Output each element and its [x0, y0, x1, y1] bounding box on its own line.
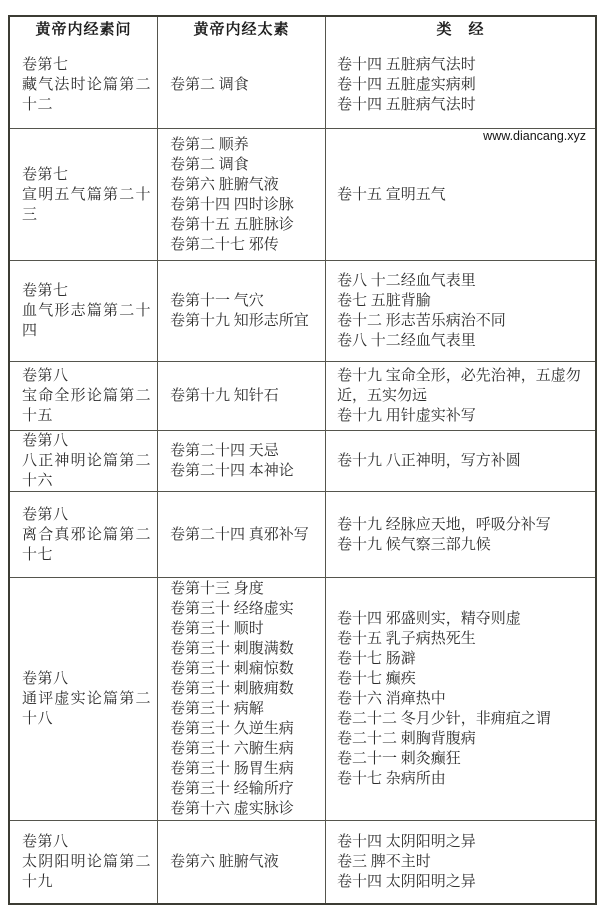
entry-line: 卷第六 脏腑气液 — [170, 852, 323, 872]
entry-line: 卷第三十 六腑生病 — [170, 739, 323, 759]
entry-line: 卷十四 五脏病气法时 — [337, 95, 593, 115]
cell-taisu: 卷第二十四 真邪补写 — [157, 492, 325, 577]
cell-taisu: 卷第十一 气穴卷第十九 知形志所宜 — [157, 261, 325, 361]
entry-line: 卷第十九 知针石 — [170, 386, 323, 406]
table-row: 卷第八通评虚实论篇第二十八卷第十三 身度卷第三十 经络虚实卷第三十 顺时卷第三十… — [10, 577, 595, 820]
entry-line: 卷十九 经脉应天地，呼吸分补写 — [337, 515, 593, 535]
entry-line: 卷第十五 五脏脉诊 — [170, 215, 323, 235]
entry-line: 卷二十二 冬月少针，非痈疽之谓 — [337, 709, 593, 729]
cell-leijing: 卷十九 八正神明，写方补圆 — [325, 431, 595, 491]
cell-taisu: 卷第二 顺养卷第二 调食卷第六 脏腑气液卷第十四 四时诊脉卷第十五 五脏脉诊卷第… — [157, 129, 325, 260]
entry-line: 卷第三十 顺时 — [170, 619, 323, 639]
entry-line: 卷十七 癫疾 — [337, 669, 593, 689]
entry-line: 卷十四 太阴阳明之异 — [337, 872, 593, 892]
entry-line: 卷第二十七 邪传 — [170, 235, 323, 255]
entry-line: 卷第三十 刺腹满数 — [170, 639, 323, 659]
entry-line: 卷八 十二经血气表里 — [337, 271, 593, 291]
entry-line: 卷第二十四 真邪补写 — [170, 525, 323, 545]
entry-line: 卷第三十 经络虚实 — [170, 599, 323, 619]
cell-suwen: 卷第八八正神明论篇第二十六 — [10, 431, 157, 491]
cell-leijing: 卷十九 宝命全形，必先治神，五虚勿近，五实勿远卷十九 用针虚实补写 — [325, 362, 595, 430]
entry-line: 太阴阳明论篇第二十九 — [22, 852, 151, 892]
header-cell-leijing: 类 经 — [325, 17, 595, 42]
entry-line: 卷十五 乳子病热死生 — [337, 629, 593, 649]
entry-line: 血气形志篇第二十四 — [22, 301, 151, 341]
cell-taisu: 卷第十三 身度卷第三十 经络虚实卷第三十 顺时卷第三十 刺腹满数卷第三十 刺痫惊… — [157, 578, 325, 820]
cell-suwen: 卷第七宣明五气篇第二十三 — [10, 129, 157, 260]
cell-leijing: 卷十四 邪盛则实，精夺则虚卷十五 乳子病热死生卷十七 肠澼卷十七 癫疾卷十六 消… — [325, 578, 595, 820]
table-row: 卷第七宣明五气篇第二十三卷第二 顺养卷第二 调食卷第六 脏腑气液卷第十四 四时诊… — [10, 128, 595, 260]
entry-line: 宝命全形论篇第二十五 — [22, 386, 151, 426]
entry-line: 卷十九 用针虚实补写 — [337, 406, 593, 426]
entry-line: 卷第七 — [22, 165, 151, 185]
cell-leijing: 卷十四 太阴阳明之异卷三 脾不主时卷十四 太阴阳明之异 — [325, 821, 595, 903]
table-row: 卷第八离合真邪论篇第二十七卷第二十四 真邪补写卷十九 经脉应天地，呼吸分补写卷十… — [10, 491, 595, 577]
entry-line: 卷三 脾不主时 — [337, 852, 593, 872]
entry-line: 离合真邪论篇第二十七 — [22, 525, 151, 565]
header-cell-taisu: 黄帝内经太素 — [157, 17, 325, 42]
cell-suwen: 卷第八通评虚实论篇第二十八 — [10, 578, 157, 820]
cell-taisu: 卷第六 脏腑气液 — [157, 821, 325, 903]
entry-line: 卷十四 太阴阳明之异 — [337, 832, 593, 852]
cell-leijing: 卷十九 经脉应天地，呼吸分补写卷十九 候气察三部九候 — [325, 492, 595, 577]
table-row: 卷第八八正神明论篇第二十六卷第二十四 天忌卷第二十四 本神论卷十九 八正神明，写… — [10, 430, 595, 491]
entry-line: 卷第三十 肠胃生病 — [170, 759, 323, 779]
scanned-page: www.diancang.xyz 黄帝内经素问 黄帝内经太素 类 经 卷第七藏气… — [0, 0, 607, 911]
entry-line: 卷第八 — [22, 366, 151, 386]
entry-line: 卷十四 五脏虚实病刺 — [337, 75, 593, 95]
entry-line: 卷十七 肠澼 — [337, 649, 593, 669]
cell-leijing: 卷十五 宣明五气 — [325, 129, 595, 260]
comparison-table: 黄帝内经素问 黄帝内经太素 类 经 卷第七藏气法时论篇第二十二卷第二 调食卷十四… — [8, 15, 597, 905]
cell-suwen: 卷第七藏气法时论篇第二十二 — [10, 42, 157, 128]
entry-line: 卷十四 五脏病气法时 — [337, 55, 593, 75]
entry-line: 卷二十一 刺灸癫狂 — [337, 749, 593, 769]
entry-line: 卷十六 消瘅热中 — [337, 689, 593, 709]
entry-line: 卷第三十 刺痫惊数 — [170, 659, 323, 679]
entry-line: 卷第二 顺养 — [170, 135, 323, 155]
entry-line: 卷第十四 四时诊脉 — [170, 195, 323, 215]
entry-line: 卷十二 形志苦乐病治不同 — [337, 311, 593, 331]
table-row: 卷第八太阴阳明论篇第二十九卷第六 脏腑气液卷十四 太阴阳明之异卷三 脾不主时卷十… — [10, 820, 595, 903]
entry-line: 卷第三十 刺腋痈数 — [170, 679, 323, 699]
entry-line: 卷二十二 刺胸背腹病 — [337, 729, 593, 749]
table-header-row: 黄帝内经素问 黄帝内经太素 类 经 — [10, 17, 595, 42]
entry-line: 卷第十九 知形志所宜 — [170, 311, 323, 331]
cell-taisu: 卷第十九 知针石 — [157, 362, 325, 430]
entry-line: 卷第十六 虚实脉诊 — [170, 799, 323, 819]
entry-line: 卷第六 脏腑气液 — [170, 175, 323, 195]
table-row: 卷第七藏气法时论篇第二十二卷第二 调食卷十四 五脏病气法时卷十四 五脏虚实病刺卷… — [10, 42, 595, 128]
entry-line: 卷第二 调食 — [170, 155, 323, 175]
entry-line: 卷十四 邪盛则实，精夺则虚 — [337, 609, 593, 629]
entry-line: 卷十九 候气察三部九候 — [337, 535, 593, 555]
entry-line: 藏气法时论篇第二十二 — [22, 75, 151, 115]
cell-leijing: 卷十四 五脏病气法时卷十四 五脏虚实病刺卷十四 五脏病气法时 — [325, 42, 595, 128]
entry-line: 卷十九 宝命全形，必先治神，五虚勿近，五实勿远 — [337, 366, 593, 406]
entry-line: 卷第八 — [22, 505, 151, 525]
entry-line: 通评虚实论篇第二十八 — [22, 689, 151, 729]
cell-taisu: 卷第二十四 天忌卷第二十四 本神论 — [157, 431, 325, 491]
entry-line: 卷七 五脏背腧 — [337, 291, 593, 311]
entry-line: 卷第二十四 天忌 — [170, 441, 323, 461]
entry-line: 卷第二十四 本神论 — [170, 461, 323, 481]
header-cell-suwen: 黄帝内经素问 — [10, 17, 157, 42]
entry-line: 卷十五 宣明五气 — [337, 185, 593, 205]
entry-line: 八正神明论篇第二十六 — [22, 451, 151, 491]
table-row: 卷第七血气形志篇第二十四卷第十一 气穴卷第十九 知形志所宜卷八 十二经血气表里卷… — [10, 260, 595, 361]
entry-line: 卷第七 — [22, 55, 151, 75]
entry-line: 卷十七 杂病所由 — [337, 769, 593, 789]
entry-line: 卷第八 — [22, 431, 151, 451]
entry-line: 卷第八 — [22, 669, 151, 689]
entry-line: 卷第三十 久逆生病 — [170, 719, 323, 739]
entry-line: 卷第三十 经输所疗 — [170, 779, 323, 799]
entry-line: 宣明五气篇第二十三 — [22, 185, 151, 225]
cell-taisu: 卷第二 调食 — [157, 42, 325, 128]
entry-line: 卷第三十 病解 — [170, 699, 323, 719]
table-row: 卷第八宝命全形论篇第二十五卷第十九 知针石卷十九 宝命全形，必先治神，五虚勿近，… — [10, 361, 595, 430]
entry-line: 卷第十一 气穴 — [170, 291, 323, 311]
cell-suwen: 卷第八离合真邪论篇第二十七 — [10, 492, 157, 577]
table-body: 卷第七藏气法时论篇第二十二卷第二 调食卷十四 五脏病气法时卷十四 五脏虚实病刺卷… — [10, 42, 595, 903]
entry-line: 卷第十三 身度 — [170, 579, 323, 599]
cell-leijing: 卷八 十二经血气表里卷七 五脏背腧卷十二 形志苦乐病治不同卷八 十二经血气表里 — [325, 261, 595, 361]
watermark: www.diancang.xyz — [483, 129, 586, 143]
cell-suwen: 卷第八太阴阳明论篇第二十九 — [10, 821, 157, 903]
entry-line: 卷第七 — [22, 281, 151, 301]
cell-suwen: 卷第七血气形志篇第二十四 — [10, 261, 157, 361]
cell-suwen: 卷第八宝命全形论篇第二十五 — [10, 362, 157, 430]
entry-line: 卷第二 调食 — [170, 75, 323, 95]
entry-line: 卷八 十二经血气表里 — [337, 331, 593, 351]
entry-line: 卷十九 八正神明，写方补圆 — [337, 451, 593, 471]
entry-line: 卷第八 — [22, 832, 151, 852]
